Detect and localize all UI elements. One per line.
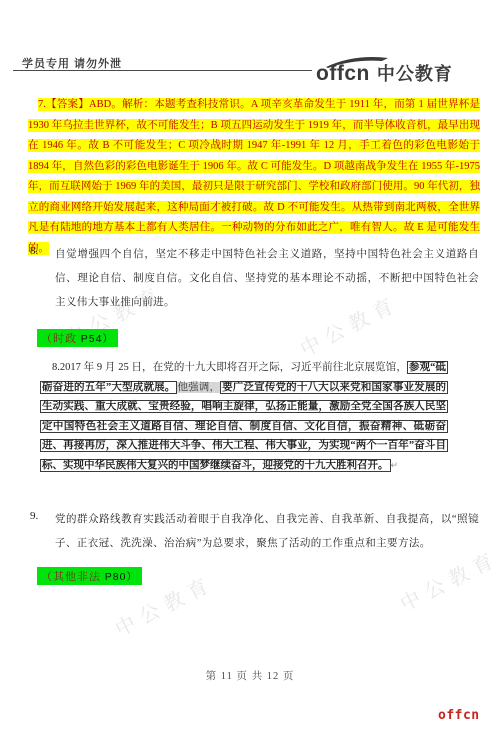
offcn-logo: offcn 中公教育 <box>316 60 453 86</box>
offcn-logo-wordmark: offcn <box>316 62 370 86</box>
page-number-footer: 第 11 页 共 12 页 <box>0 668 500 683</box>
item-8-number: 8. <box>30 245 38 257</box>
reference-tag-shizheng: （时政 P54） <box>37 329 118 347</box>
header-rule <box>13 70 312 71</box>
reference-tag-page: P80） <box>105 571 138 583</box>
answer-7-block: 7.【答案】ABD。解析：本题考查科技常识。A 项辛亥革命发生于 1911 年，… <box>28 95 480 259</box>
document-page: 中公教育 中公教育 中公教育 中公教育 学员专用 请勿外泄 offcn 中公教育… <box>0 0 500 730</box>
item-8-text: 自觉增强四个自信，坚定不移走中国特色社会主义道路，坚持中国特色社会主义道路自信、… <box>55 243 479 315</box>
item-9-text: 党的群众路线教育实践活动着眼于自我净化、自我完善、自我革新、自我提高，以“照镜子… <box>55 508 479 556</box>
item-9-number: 9. <box>30 510 38 522</box>
quote-block: 8.2017 年 9 月 25 日，在党的十九大即将召开之际，习近平前往北京展览… <box>40 358 448 476</box>
quote-connector-text: 他强调， <box>177 382 220 393</box>
reference-tag-qita: （其他非法 P80） <box>37 567 142 585</box>
confidential-note: 学员专用 请勿外泄 <box>22 55 122 71</box>
paragraph-return-mark: ↵ <box>391 461 399 471</box>
logo-swoosh-icon <box>324 55 390 69</box>
answer-7-highlighted-text: 7.【答案】ABD。解析：本题考查科技常识。A 项辛亥革命发生于 1911 年，… <box>28 98 480 255</box>
reference-tag-label: （时政 <box>41 333 77 345</box>
reference-tag-label: （其他非法 <box>41 571 101 583</box>
quote-boxed-text-2: 要广泛宣传党的十八大以来党和国家事业发展的生动实践、重大成就、宝贵经验，唱响主旋… <box>40 381 448 472</box>
reference-tag-page: P54） <box>81 333 114 345</box>
quote-intro-text: 8.2017 年 9 月 25 日，在党的十九大即将召开之际，习近平前往北京展览… <box>52 362 407 373</box>
offcn-footer-brand: offcn <box>438 708 480 723</box>
